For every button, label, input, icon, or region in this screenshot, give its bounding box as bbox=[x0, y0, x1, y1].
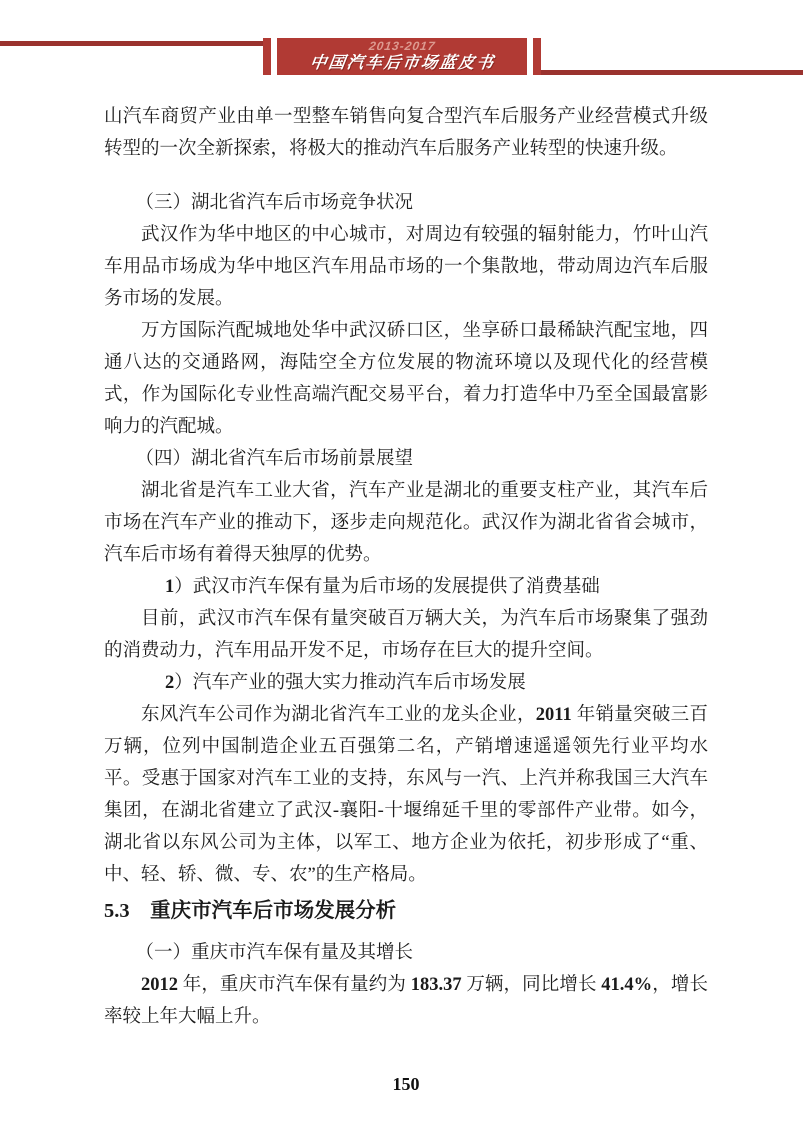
header-rule-right bbox=[541, 70, 803, 75]
numbered-subheading: 1）武汉市汽车保有量为后市场的发展提供了消费基础 bbox=[104, 571, 708, 603]
body-paragraph: 目前，武汉市汽车保有量突破百万辆大关，为汽车后市场聚集了强劲的消费动力，汽车用品… bbox=[104, 603, 708, 667]
document-page: 2013-2017 中国汽车后市场蓝皮书 山汽车商贸产业由单一型整车销售向复合型… bbox=[0, 0, 803, 1134]
banner-stripe-left bbox=[271, 38, 277, 75]
body-paragraph: 武汉作为华中地区的中心城市，对周边有较强的辐射能力，竹叶山汽车用品市场成为华中地… bbox=[104, 219, 708, 315]
page-header: 2013-2017 中国汽车后市场蓝皮书 bbox=[0, 0, 803, 80]
body-paragraph: 万方国际汽配城地处华中武汉硚口区，坐享硚口最稀缺汽配宝地，四通八达的交通路网，海… bbox=[104, 315, 708, 443]
body-paragraph: 2012 年，重庆市汽车保有量约为 183.37 万辆，同比增长 41.4%，增… bbox=[104, 969, 708, 1033]
body-paragraph: 山汽车商贸产业由单一型整车销售向复合型汽车后服务产业经营模式升级转型的一次全新探… bbox=[104, 101, 708, 165]
document-body: 山汽车商贸产业由单一型整车销售向复合型汽车后服务产业经营模式升级转型的一次全新探… bbox=[104, 101, 708, 1033]
header-banner: 2013-2017 中国汽车后市场蓝皮书 bbox=[263, 38, 541, 75]
body-paragraph: 东风汽车公司作为湖北省汽车工业的龙头企业，2011 年销量突破三百万辆，位列中国… bbox=[104, 699, 708, 891]
subsection-heading: （一）重庆市汽车保有量及其增长 bbox=[104, 937, 708, 969]
banner-title-label: 中国汽车后市场蓝皮书 bbox=[308, 53, 496, 73]
numbered-subheading: 2）汽车产业的强大实力推动汽车后市场发展 bbox=[104, 667, 708, 699]
page-number: 150 bbox=[104, 1072, 708, 1096]
banner-years-label: 2013-2017 bbox=[368, 40, 436, 53]
blank-line bbox=[104, 165, 708, 187]
subsection-heading: （四）湖北省汽车后市场前景展望 bbox=[104, 443, 708, 475]
subsection-heading: （三）湖北省汽车后市场竞争状况 bbox=[104, 187, 708, 219]
header-rule-left bbox=[0, 41, 263, 46]
body-paragraph: 湖北省是汽车工业大省，汽车产业是湖北的重要支柱产业，其汽车后市场在汽车产业的推动… bbox=[104, 475, 708, 571]
banner-stripe-right bbox=[527, 38, 533, 75]
section-heading: 5.3 重庆市汽车后市场发展分析 bbox=[104, 893, 708, 929]
